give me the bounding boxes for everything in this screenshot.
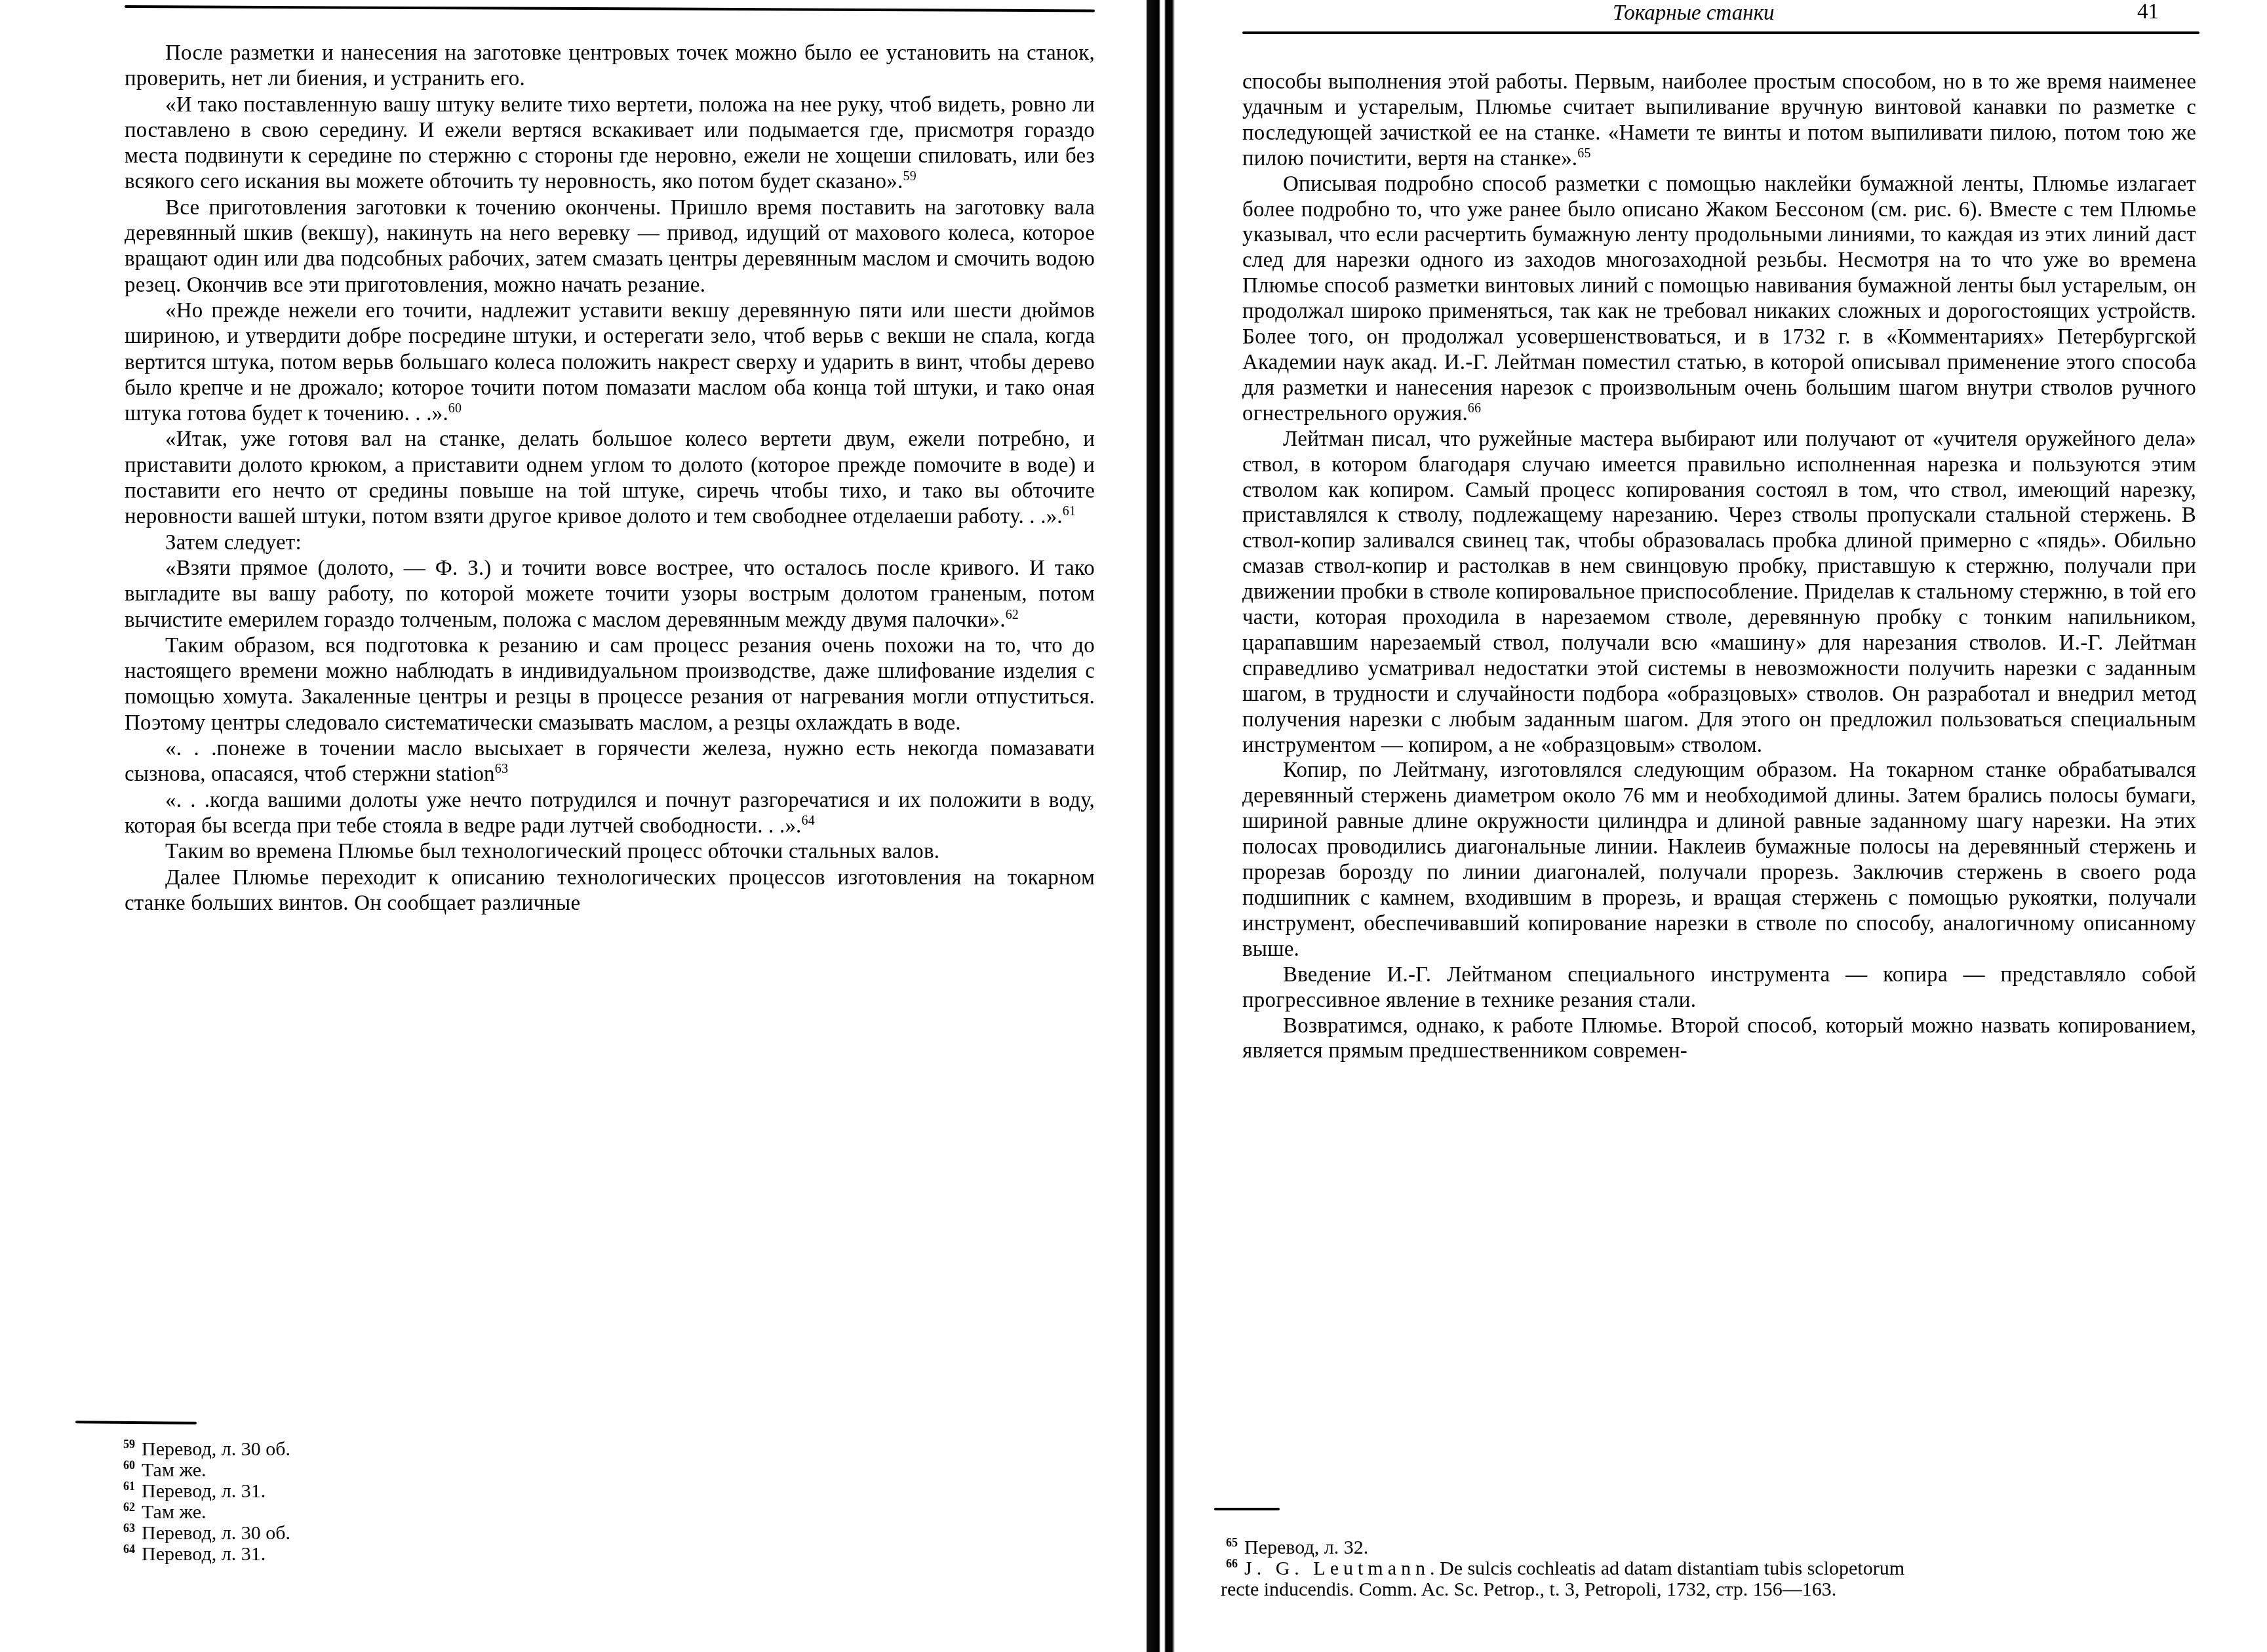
quote-paragraph: «Взяти прямое (долото, — Ф. З.) и точити… [125, 556, 1095, 633]
footnote-continuation: recte inducendis. Comm. Ac. Sc. Petrop.,… [1221, 1579, 2209, 1600]
paragraph: Далее Плюмье переходит к описанию технол… [125, 865, 1095, 917]
paragraph: Все приготовления заготовки к точению ок… [125, 195, 1095, 298]
footnote: 60Там же. [123, 1460, 290, 1481]
paragraph: Лейтман писал, что ружейные мастера выби… [1242, 427, 2196, 758]
right-body-text: способы выполнения этой работы. Первым, … [1242, 69, 2196, 1064]
right-page: Токарные станки 41 способы выполнения эт… [1173, 0, 2267, 1652]
paragraph: Копир, по Лейтману, изготовлялся следующ… [1242, 758, 2196, 962]
header-rule [125, 5, 1095, 12]
left-body-text: После разметки и нанесения на заготовке … [125, 41, 1095, 916]
footnote-ref[interactable]: 62 [1006, 608, 1019, 622]
paragraph: Описывая подробно способ разметки с помо… [1242, 172, 2196, 427]
footnote-ref[interactable]: 60 [448, 401, 462, 416]
footnote-ref[interactable]: 59 [903, 169, 916, 184]
footnote: 66J. G. Leutmann. De sulcis cochleatis a… [1226, 1558, 2209, 1579]
footnote-ref[interactable]: 61 [1063, 504, 1076, 519]
paragraph: Таким образом, вся подготовка к резанию … [125, 633, 1095, 736]
paragraph: способы выполнения этой работы. Первым, … [1242, 69, 2196, 172]
paragraph: Введение И.-Г. Лейтманом специального ин… [1242, 962, 2196, 1013]
paragraph: Затем следует: [125, 530, 1095, 556]
quote-paragraph: «Но прежде нежели его точити, надлежит у… [125, 298, 1095, 427]
quote-paragraph: «И тако поставленную вашу штуку велите т… [125, 92, 1095, 195]
footnote-ref[interactable]: 63 [495, 762, 508, 776]
book-spine-gutter [1142, 0, 1175, 1652]
footnote-rule [1214, 1508, 1280, 1510]
left-footnotes: 59Перевод, л. 30 об. 60Там же. 61Перевод… [123, 1439, 290, 1565]
header-rule [1242, 31, 2199, 34]
footnote: 65Перевод, л. 32. [1226, 1537, 2209, 1558]
quote-paragraph: «. . .когда вашими долоты уже нечто потр… [125, 788, 1095, 840]
running-head: Токарные станки 41 [1173, 0, 2267, 26]
footnote: 59Перевод, л. 30 об. [123, 1439, 290, 1460]
quote-paragraph: «Итак, уже готовя вал на станке, делать … [125, 427, 1095, 530]
page-number: 41 [2137, 0, 2159, 24]
paragraph: Таким во времена Плюмье был технологичес… [125, 839, 1095, 865]
footnote-rule [75, 1421, 197, 1425]
footnote: 61Перевод, л. 31. [123, 1481, 290, 1502]
paragraph: После разметки и нанесения на заготовке … [125, 41, 1095, 92]
footnote-ref[interactable]: 65 [1577, 146, 1590, 161]
footnote-ref[interactable]: 64 [802, 814, 815, 828]
left-page: После разметки и нанесения на заготовке … [0, 0, 1141, 1652]
paragraph: Возвратимся, однако, к работе Плюмье. Вт… [1242, 1013, 2196, 1065]
footnote-ref[interactable]: 66 [1468, 401, 1481, 416]
footnote: 64Перевод, л. 31. [123, 1544, 290, 1565]
footnote: 63Перевод, л. 30 об. [123, 1523, 290, 1544]
quote-paragraph: «. . .понеже в точении масло высыхает в … [125, 736, 1095, 788]
right-footnotes: 65Перевод, л. 32. 66J. G. Leutmann. De s… [1226, 1537, 2209, 1600]
running-head-title: Токарные станки [1613, 1, 1775, 26]
footnote: 62Там же. [123, 1502, 290, 1523]
footnote-author: J. G. Leutmann [1244, 1558, 1430, 1579]
